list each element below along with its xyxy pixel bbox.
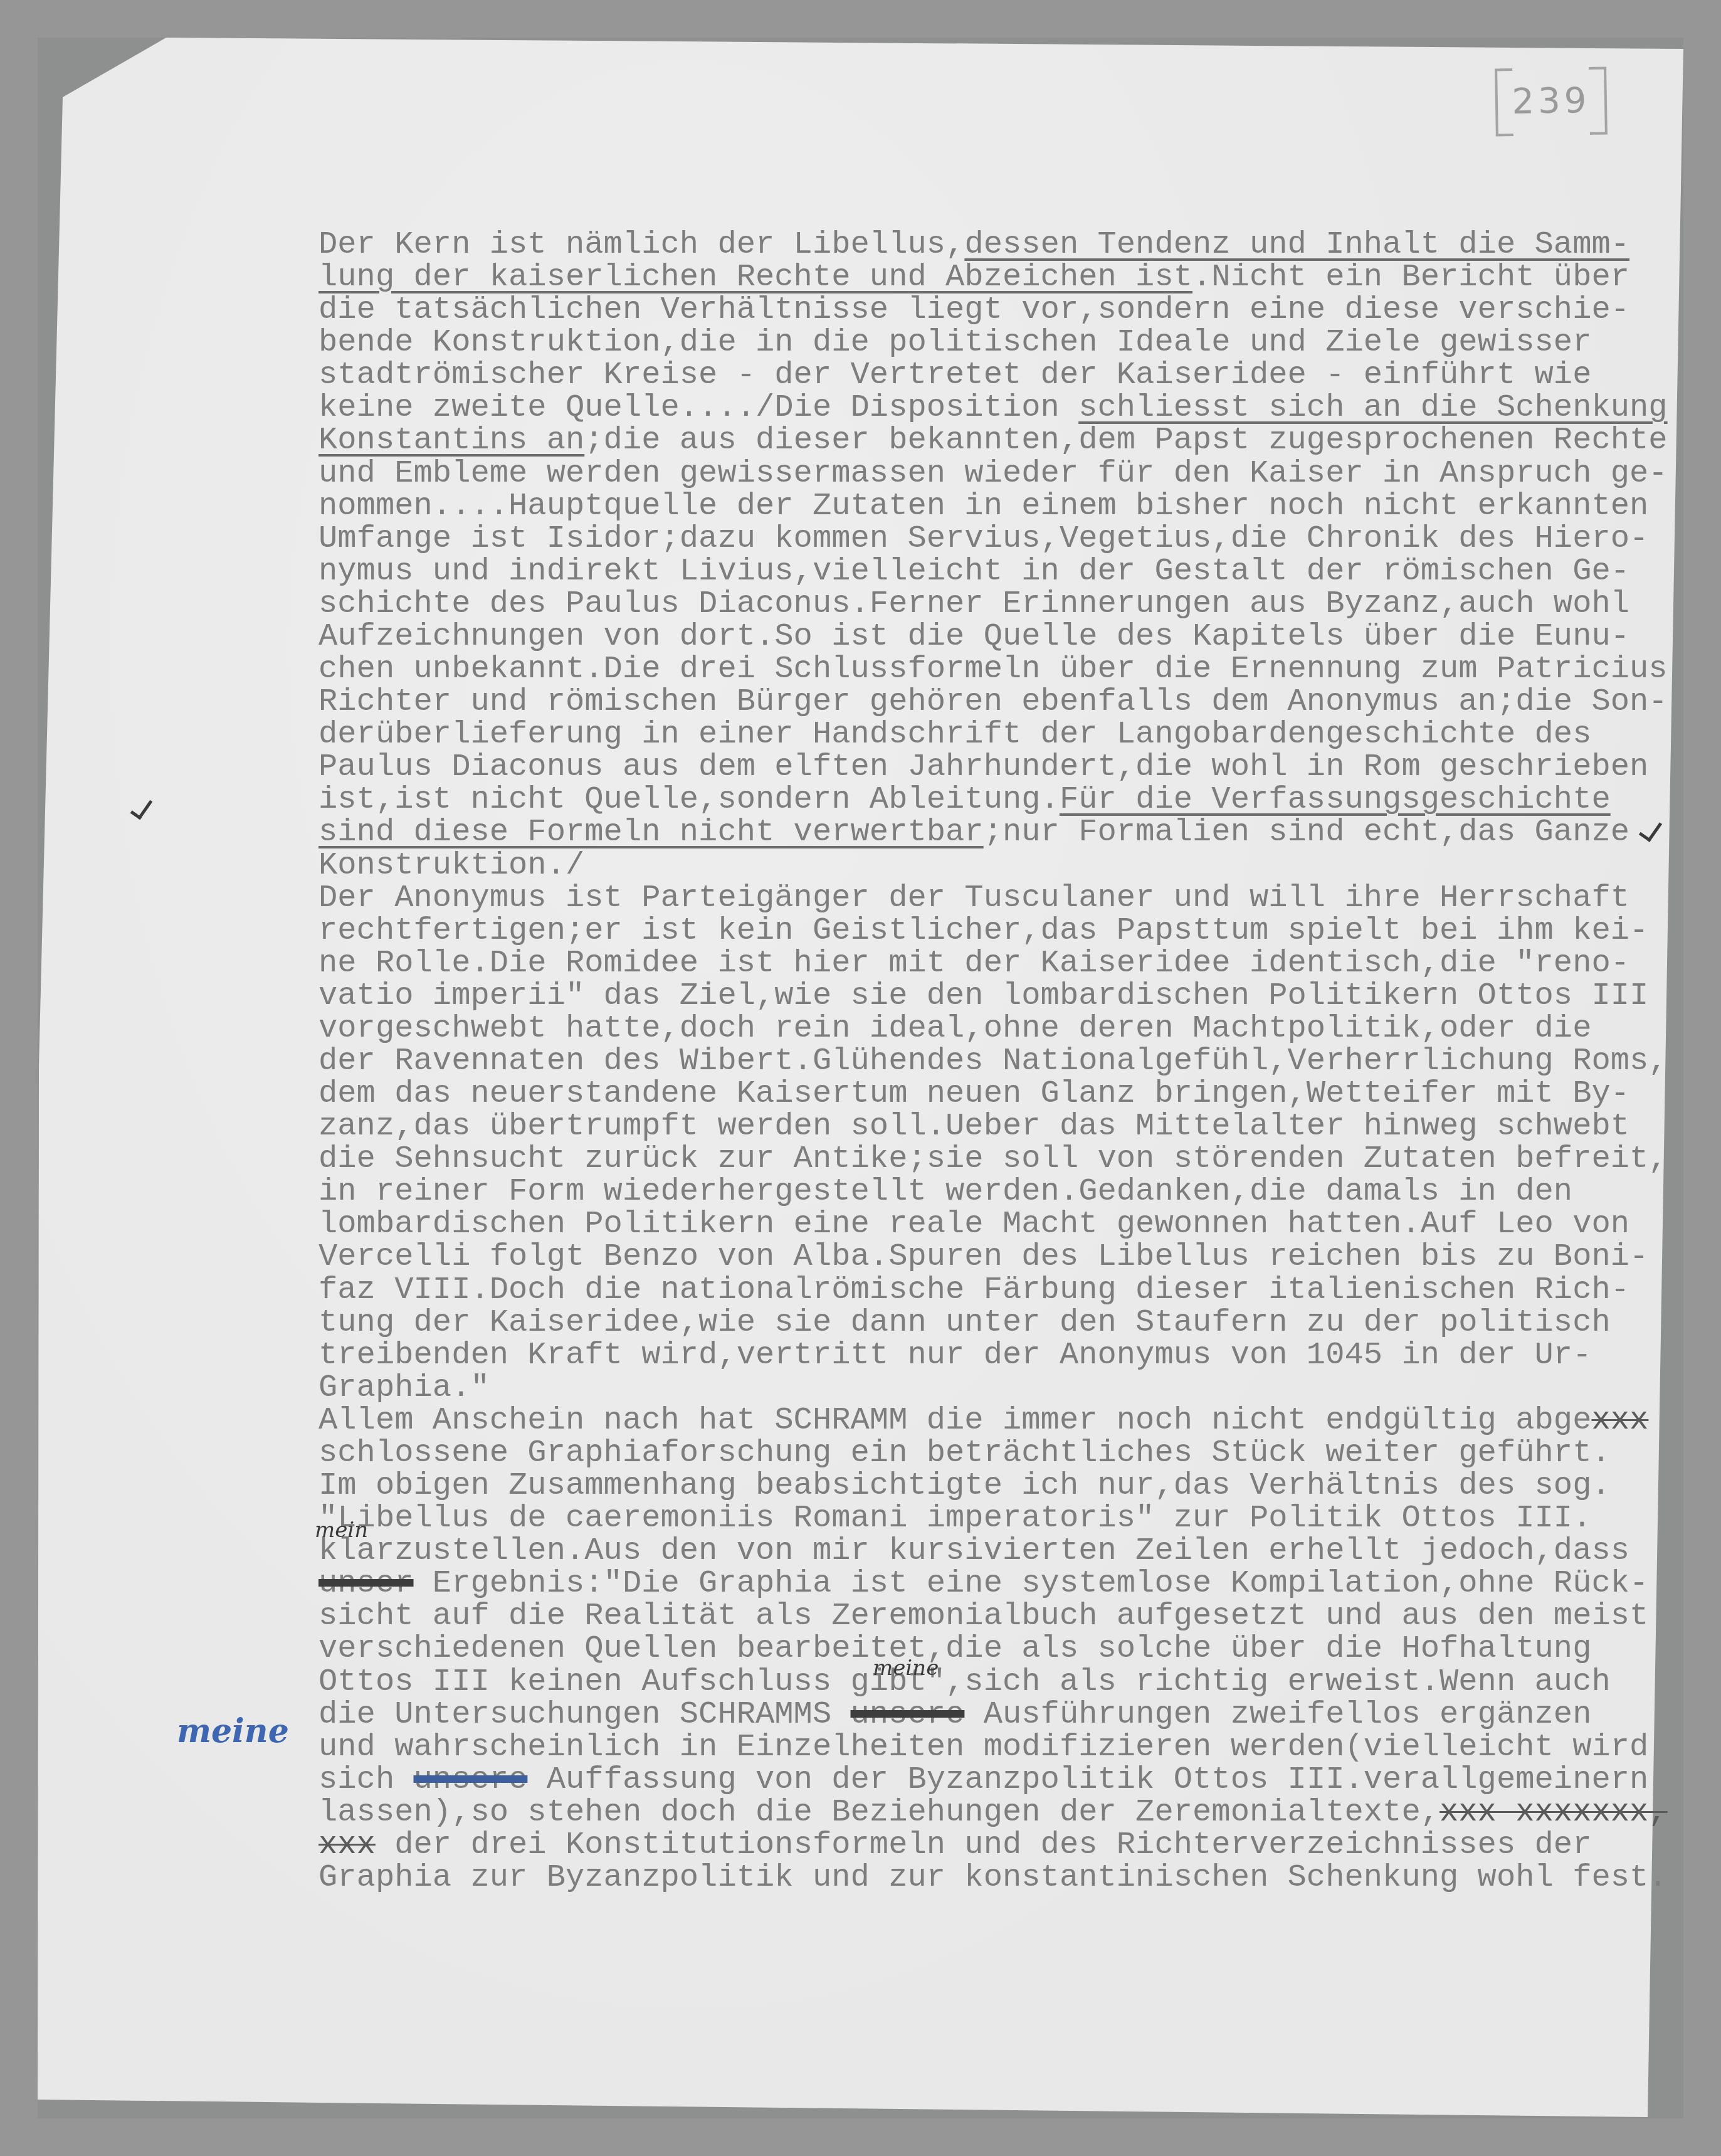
text-line: rechtfertigen;er ist kein Geistlicher,da… (318, 915, 1648, 948)
text-line: Konstruktion./ (318, 850, 584, 882)
text-line: Umfange ist Isidor;dazu kommen Servius,V… (318, 523, 1648, 556)
text-line: "Libellus de caeremoniis Romani imperato… (318, 1503, 1591, 1535)
text-segment: der drei Konstitutionsformeln und des Ri… (376, 1827, 1592, 1863)
text-line: verschiedenen Quellen bearbeitet,die als… (318, 1633, 1591, 1666)
text-segment: faz VIII.Doch die nationalrömische Färbu… (318, 1272, 1629, 1308)
interlinear-correction-mein: mein (315, 1518, 368, 1543)
text-segment: die Sehnsucht zurück zur Antike;sie soll… (318, 1141, 1668, 1177)
struck-text: unsere (414, 1762, 528, 1798)
text-line: Allem Anschein nach hat SCHRAMM die imme… (318, 1405, 1648, 1437)
text-segment: die Untersuchungen SCHRAMMS (318, 1697, 851, 1733)
text-segment: dem das neuerstandene Kaisertum neuen Gl… (318, 1076, 1629, 1112)
left-margin-correction-meine: meine (177, 1712, 289, 1750)
text-segment: bende Konstruktion,die in die politische… (318, 325, 1591, 361)
underlined-text: Konstantins an (318, 423, 584, 458)
text-line: schlossene Graphiaforschung ein beträcht… (318, 1437, 1611, 1470)
text-segment: schichte des Paulus Diaconus.Ferner Erin… (318, 586, 1629, 622)
text-line: Der Kern ist nämlich der Libellus,dessen… (318, 229, 1629, 262)
struck-text: xxx (318, 1827, 376, 1863)
text-line: vorgeschwebt hatte,doch rein ideal,ohne … (318, 1013, 1591, 1045)
text-segment: Paulus Diaconus aus dem elften Jahrhunde… (318, 749, 1648, 785)
text-segment: und wahrscheinlich in Einzelheiten modif… (318, 1730, 1648, 1765)
underlined-text: sind diese Formeln nicht verwertbar (318, 815, 984, 850)
text-segment: Vercelli folgt Benzo von Alba.Spuren des… (318, 1239, 1648, 1275)
text-line: stadtrömischer Kreise - der Vertretet de… (318, 359, 1591, 392)
text-segment: lombardischen Politikern eine reale Mach… (318, 1207, 1629, 1242)
text-segment: vatio imperii" das Ziel,wie sie den lomb… (318, 978, 1648, 1014)
text-segment: keine zweite Quelle..../Die Disposition (318, 390, 1078, 426)
text-segment: chen unbekannt.Die drei Schlussformeln ü… (318, 652, 1668, 687)
text-segment: sich (318, 1762, 414, 1798)
struck-text: xxx xxxxxxx, (1439, 1795, 1668, 1831)
struck-text: unser (318, 1566, 414, 1602)
text-segment: und Embleme werden gewissermassen wieder… (318, 456, 1668, 492)
text-segment: Aufzeichnungen von dort.So ist die Quell… (318, 619, 1629, 655)
text-segment: vorgeschwebt hatte,doch rein ideal,ohne … (318, 1011, 1591, 1047)
text-line: sich unsere Auffassung von der Byzanzpol… (318, 1764, 1648, 1797)
text-line: ne Rolle.Die Romidee ist hier mit der Ka… (318, 948, 1629, 980)
text-line: der Ravennaten des Wibert.Glühendes Nati… (318, 1045, 1668, 1078)
text-line: Der Anonymus ist Parteigänger der Tuscul… (318, 882, 1629, 915)
text-segment: lassen),so stehen doch die Beziehungen d… (318, 1795, 1439, 1831)
text-segment: Richter und römischen Bürger gehören ebe… (318, 684, 1668, 720)
text-line: xxx der drei Konstitutionsformeln und de… (318, 1829, 1591, 1862)
page-number: 239 (1495, 66, 1608, 136)
text-line: dem das neuerstandene Kaisertum neuen Gl… (318, 1078, 1629, 1111)
text-line: chen unbekannt.Die drei Schlussformeln ü… (318, 653, 1668, 686)
text-segment: ne Rolle.Die Romidee ist hier mit der Ka… (318, 946, 1629, 981)
text-line: lombardischen Politikern eine reale Mach… (318, 1208, 1629, 1241)
text-line: unser Ergebnis:"Die Graphia ist eine sys… (318, 1568, 1648, 1600)
text-line: bende Konstruktion,die in die politische… (318, 327, 1591, 359)
struck-text: unsere (851, 1697, 965, 1733)
text-segment: treibenden Kraft wird,vertritt nur der A… (318, 1338, 1591, 1373)
text-line: und Embleme werden gewissermassen wieder… (318, 458, 1668, 490)
text-line: vatio imperii" das Ziel,wie sie den lomb… (318, 980, 1648, 1013)
text-line: und wahrscheinlich in Einzelheiten modif… (318, 1731, 1648, 1764)
text-segment: Graphia." (318, 1370, 490, 1406)
text-line: sicht auf die Realität als Zeremonialbuc… (318, 1600, 1648, 1633)
text-segment: nommen....Hauptquelle der Zutaten in ein… (318, 489, 1648, 524)
text-segment: sicht auf die Realität als Zeremonialbuc… (318, 1599, 1648, 1634)
text-line: keine zweite Quelle..../Die Disposition … (318, 392, 1668, 425)
text-segment: derüberlieferung in einer Handschrift de… (318, 717, 1591, 753)
text-line: Richter und römischen Bürger gehören ebe… (318, 686, 1668, 719)
text-line: tung der Kaiseridee,wie sie dann unter d… (318, 1307, 1611, 1340)
text-segment: Umfange ist Isidor;dazu kommen Servius,V… (318, 521, 1648, 557)
text-line: zanz,das übertrumpft werden soll.Ueber d… (318, 1111, 1629, 1143)
text-line: die Sehnsucht zurück zur Antike;sie soll… (318, 1143, 1668, 1176)
text-line: Vercelli folgt Benzo von Alba.Spuren des… (318, 1241, 1648, 1274)
text-segment: rechtfertigen;er ist kein Geistlicher,da… (318, 913, 1648, 949)
text-segment: zanz,das übertrumpft werden soll.Ueber d… (318, 1109, 1629, 1144)
text-segment: ;die aus dieser bekannten,dem Papst zuge… (584, 423, 1667, 458)
text-line: Graphia zur Byzanzpolitik und zur konsta… (318, 1862, 1668, 1894)
text-line: klarzustellen.Aus den von mir kursiviert… (318, 1535, 1629, 1568)
text-segment: Ausführungen zweifellos ergänzen (964, 1697, 1591, 1733)
text-segment: Graphia zur Byzanzpolitik und zur konsta… (318, 1860, 1668, 1896)
text-segment: klarzustellen.Aus den von mir kursiviert… (318, 1533, 1629, 1569)
text-segment: Der Anonymus ist Parteigänger der Tuscul… (318, 880, 1629, 916)
text-segment: in reiner Form wiederhergestellt werden.… (318, 1174, 1572, 1210)
text-line: Ottos III keinen Aufschluss gibt",sich a… (318, 1666, 1611, 1699)
underlined-text: Für die Verfassungsgeschichte (1060, 782, 1611, 818)
text-segment: Auffassung von der Byzanzpolitik Ottos I… (527, 1762, 1648, 1798)
text-segment: schlossene Graphiaforschung ein beträcht… (318, 1435, 1611, 1471)
text-line: Konstantins an;die aus dieser bekannten,… (318, 425, 1668, 457)
text-segment: Ottos III keinen Aufschluss gibt",sich a… (318, 1664, 1611, 1700)
text-line: nommen....Hauptquelle der Zutaten in ein… (318, 490, 1648, 523)
text-segment: Im obigen Zusammenhang beabsichtigte ich… (318, 1468, 1611, 1504)
text-line: Im obigen Zusammenhang beabsichtigte ich… (318, 1470, 1611, 1503)
text-line: die Untersuchungen SCHRAMMS unsere Ausfü… (318, 1699, 1591, 1731)
text-segment: stadtrömischer Kreise - der Vertretet de… (318, 357, 1591, 393)
text-segment: Der Kern ist nämlich der Libellus, (318, 227, 964, 263)
text-line: lassen),so stehen doch die Beziehungen d… (318, 1797, 1668, 1829)
text-segment: Konstruktion./ (318, 848, 584, 884)
text-segment: .Nicht ein Bericht über (1192, 260, 1629, 295)
text-line: lung der kaiserlichen Rechte und Abzeich… (318, 262, 1629, 294)
text-segment: verschiedenen Quellen bearbeitet,die als… (318, 1631, 1591, 1667)
text-segment: Ergebnis:"Die Graphia ist eine systemlos… (414, 1566, 1649, 1602)
text-segment: ist,ist nicht Quelle,sondern Ableitung. (318, 782, 1060, 818)
text-line: in reiner Form wiederhergestellt werden.… (318, 1176, 1572, 1208)
text-segment: "Libellus de caeremoniis Romani imperato… (318, 1501, 1591, 1536)
text-segment: die tatsächlichen Verhältnisse liegt vor… (318, 292, 1629, 328)
text-line: ist,ist nicht Quelle,sondern Ableitung.F… (318, 784, 1611, 816)
text-line: nymus und indirekt Livius,vielleicht in … (318, 556, 1629, 588)
struck-text: xxx (1591, 1403, 1648, 1439)
text-line: die tatsächlichen Verhältnisse liegt vor… (318, 294, 1629, 327)
underlined-text: dessen Tendenz und Inhalt die Samm- (964, 227, 1629, 263)
text-line: schichte des Paulus Diaconus.Ferner Erin… (318, 588, 1629, 621)
text-segment: tung der Kaiseridee,wie sie dann unter d… (318, 1305, 1611, 1341)
text-line: derüberlieferung in einer Handschrift de… (318, 719, 1591, 751)
text-line: faz VIII.Doch die nationalrömische Färbu… (318, 1274, 1629, 1307)
underlined-text: lung der kaiserlichen Rechte und Abzeich… (318, 260, 1192, 295)
underlined-text: schliesst sich an die Schenkung (1078, 390, 1667, 426)
text-line: Graphia." (318, 1372, 490, 1405)
text-line: sind diese Formeln nicht verwertbar;nur … (318, 816, 1629, 849)
text-segment: Allem Anschein nach hat SCHRAMM die imme… (318, 1403, 1591, 1439)
text-segment: der Ravennaten des Wibert.Glühendes Nati… (318, 1044, 1668, 1079)
text-segment: nymus und indirekt Livius,vielleicht in … (318, 554, 1629, 589)
text-line: Paulus Diaconus aus dem elften Jahrhunde… (318, 751, 1648, 784)
text-line: Aufzeichnungen von dort.So ist die Quell… (318, 621, 1629, 653)
text-segment: ;nur Formalien sind echt,das Ganze (984, 815, 1629, 850)
text-line: treibenden Kraft wird,vertritt nur der A… (318, 1340, 1591, 1372)
interlinear-correction-meine: meine (873, 1656, 939, 1681)
